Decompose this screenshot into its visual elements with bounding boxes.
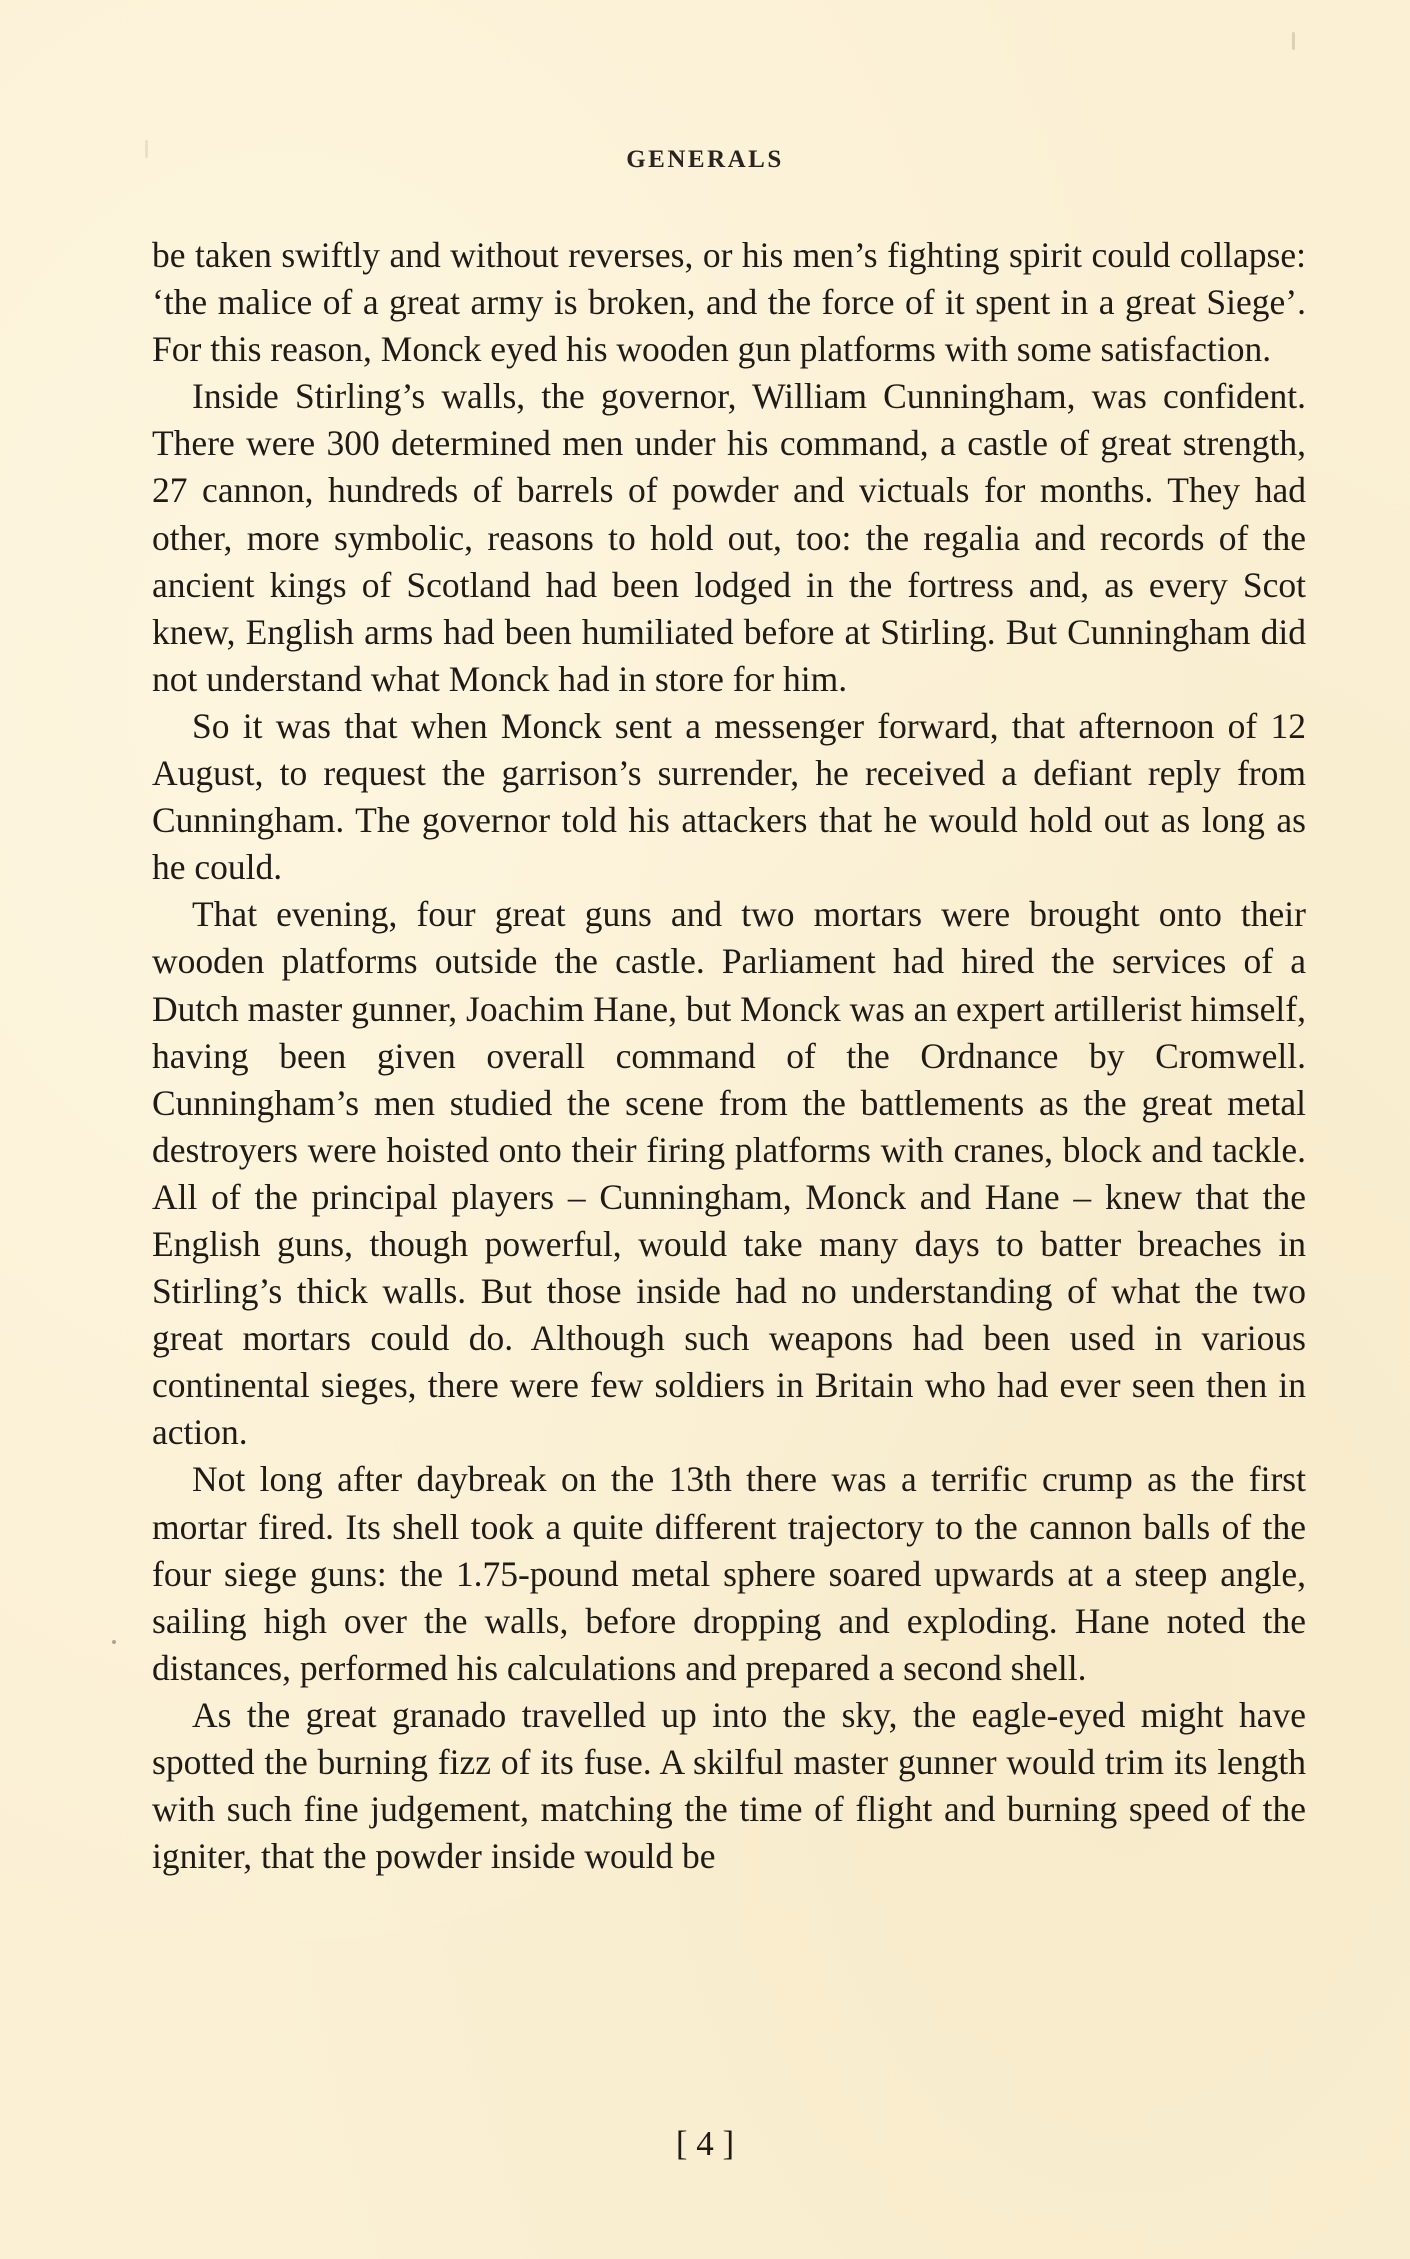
paragraph: Not long after daybreak on the 13th ther… [152,1456,1306,1691]
page-number: [ 4 ] [0,2124,1410,2164]
body-text: be taken swiftly and without reverses, o… [152,232,1306,1880]
paragraph: Inside Stirling’s walls, the governor, W… [152,373,1306,703]
paragraph: be taken swiftly and without reverses, o… [152,232,1306,373]
book-page: GENERALS be taken swiftly and without re… [0,0,1410,2259]
paragraph: That evening, four great guns and two mo… [152,891,1306,1456]
scan-speck [112,1640,116,1644]
scan-speck [1292,32,1295,50]
running-head: GENERALS [0,146,1410,174]
paragraph: So it was that when Monck sent a messeng… [152,703,1306,891]
paragraph: As the great granado travelled up into t… [152,1692,1306,1880]
